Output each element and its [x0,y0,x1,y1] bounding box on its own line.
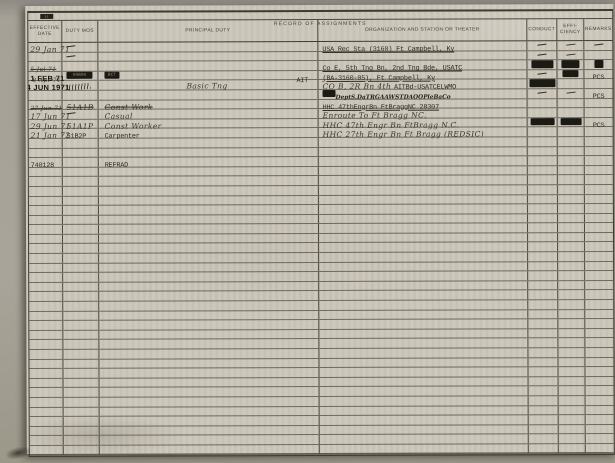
cell-duty-mos [64,388,100,397]
cell-conduct [528,137,558,146]
cell-effective-date [29,91,63,100]
cell-efficiency [557,79,584,88]
cell-organization: DeptS.DaTRGAAWSTDAOOPleBaCo [319,89,528,98]
cell-effective-date [29,302,63,311]
cell-principal-duty [100,407,320,416]
cell-conduct [528,175,558,184]
cell-organization [320,435,529,444]
cell-remarks [586,444,614,453]
form-title: RECORD OF ASSIGNMENTS [274,21,367,27]
cell-remarks [584,41,612,50]
cell-conduct [528,271,558,280]
cell-duty-mos [63,187,99,196]
cell-duty-mos [64,398,100,407]
cell-efficiency [559,434,586,443]
cell-organization [320,406,529,415]
cell-organization [320,387,529,396]
dash-mark [66,46,75,48]
cell-conduct [528,348,558,357]
cell-duty-mos: 51A1B [63,100,99,109]
cell-effective-date [30,379,64,388]
cell-principal-duty [100,426,320,435]
cell-efficiency [558,262,585,271]
cell-principal-duty [99,215,319,224]
redaction-block [594,60,603,68]
cell-organization [319,214,528,223]
cell-principal-duty: Const Work [99,100,319,109]
cell-efficiency [558,89,585,98]
cell-effective-date: 21 Jan 72 [29,129,63,138]
cell-conduct [528,156,558,165]
cell-principal-duty [99,301,319,310]
cell-conduct [529,444,559,453]
cell-organization [319,348,528,357]
cell-organization: Co E, 5th Tng Bn, 2nd Tng Bde, USATC [318,60,527,69]
cell-efficiency [558,291,585,300]
cell-efficiency [558,252,585,261]
cell-efficiency [558,348,585,357]
cell-conduct [528,128,558,137]
cell-principal-duty [98,42,318,51]
cell-remarks [585,358,613,367]
cell-organization [319,281,528,290]
dash-mark [537,92,546,94]
cell-principal-duty [99,291,319,300]
cell-conduct [529,406,559,415]
cell-efficiency [558,195,585,204]
cell-conduct [528,252,558,261]
assignments-table: II RECORD OF ASSIGNMENTS EFFECTIVE DATE … [27,9,615,457]
cell-principal-duty [99,167,319,176]
cell-conduct [528,339,558,348]
cell-duty-mos [62,43,98,52]
cell-duty-mos [63,359,99,368]
cell-effective-date [29,369,63,378]
cell-remarks [585,185,613,194]
cell-remarks [585,214,613,223]
cell-conduct [529,396,559,405]
cell-efficiency [557,41,584,50]
cell-conduct [528,300,558,309]
cell-effective-date [29,187,63,196]
cell-effective-date [29,177,63,186]
cell-effective-date [30,407,64,416]
cell-principal-duty: BCT [98,71,318,80]
cell-organization [319,339,528,348]
cell-effective-date [29,148,63,157]
cell-duty-mos [64,446,100,455]
cell-principal-duty [99,368,319,377]
cell-effective-date: 27 Jun 71 [29,100,63,109]
cell-duty-mos [63,350,99,359]
cell-organization [319,166,528,175]
cell-principal-duty: REFRAD [99,157,319,166]
cell-effective-date [29,340,63,349]
cell-organization [320,396,529,405]
cell-organization [319,204,528,213]
cell-conduct [527,51,557,60]
cell-organization [319,195,528,204]
cell-conduct [529,415,559,424]
cell-principal-duty [98,61,318,70]
cell-duty-mos [63,215,99,224]
redaction-block [530,118,554,126]
dash-mark [537,73,546,75]
cell-effective-date: 740128 [29,158,63,167]
cell-remarks [585,175,613,184]
cell-remarks [585,194,613,203]
cell-duty-mos [64,417,100,426]
cell-effective-date: 8 Apr 714 JUN 1971 [28,81,62,90]
cell-conduct [528,223,558,232]
cell-remarks: PCS [584,70,612,79]
cell-remarks [585,223,613,232]
cell-effective-date [29,244,63,253]
cell-principal-duty [99,186,319,195]
redaction-block [323,90,336,98]
cell-remarks [585,281,613,290]
col-header-effective-date: EFFECTIVE DATE [28,21,62,42]
cell-duty-mos: 09B00 [62,72,98,81]
cell-organization [319,262,528,271]
cell-efficiency [558,214,585,223]
cell-organization [319,329,528,338]
cell-duty-mos [63,235,99,244]
cell-remarks [585,300,613,309]
cell-principal-duty [99,176,319,185]
cell-duty-mos [63,206,99,215]
cell-effective-date [29,139,63,148]
cell-conduct [528,89,558,98]
cell-conduct [528,195,558,204]
cell-conduct [528,204,558,213]
cell-organization: (BA-3160-05), Ft Campbell, Ky [318,70,527,79]
cell-principal-duty [99,138,319,147]
cell-principal-duty [100,387,320,396]
cell-organization [319,310,528,319]
cell-principal-duty [100,435,320,444]
cell-efficiency [559,415,586,424]
cell-remarks [585,329,613,338]
cell-conduct [528,118,558,127]
cell-conduct [527,41,557,50]
cell-remarks [585,252,613,261]
redaction-block [562,70,578,78]
cell-remarks [585,204,613,213]
cell-remarks [586,406,614,415]
scribble-mark [66,82,90,90]
cell-duty-mos [63,254,99,263]
dash-mark [566,92,575,94]
cell-organization: CO B, 2R Bn 4th AITBd-USATCELWMO [318,80,527,89]
dash-mark [594,44,603,46]
cell-conduct [528,185,558,194]
cell-duty-mos [63,292,99,301]
cell-remarks [585,156,613,165]
cell-efficiency [558,118,585,127]
cell-organization [319,137,528,146]
cell-effective-date: 29 Jun 71 [29,120,63,129]
cell-remarks [585,310,613,319]
cell-duty-mos [63,110,99,119]
cell-efficiency [558,223,585,232]
typed-entry: AIT [296,77,308,86]
cell-efficiency [558,204,585,213]
cell-remarks [585,348,613,357]
cell-efficiency [558,127,585,136]
cell-duty-mos [62,62,98,71]
cell-conduct [529,435,559,444]
cell-remarks [585,127,613,136]
cell-efficiency [559,406,586,415]
cell-efficiency [557,70,584,79]
cell-remarks [584,60,612,69]
cell-effective-date [29,283,63,292]
cell-remarks [585,262,613,271]
cell-efficiency [559,377,586,386]
cell-principal-duty [99,90,319,99]
cell-organization [319,176,528,185]
cell-conduct [528,367,558,376]
cell-efficiency [559,444,586,453]
cell-duty-mos: 51A1P [63,120,99,129]
dash-mark [66,55,75,57]
cell-organization [320,377,529,386]
cell-effective-date [29,206,63,215]
cell-efficiency [558,300,585,309]
redaction-block [531,60,553,68]
cell-effective-date [30,427,64,436]
cell-efficiency [558,185,585,194]
cell-conduct [528,310,558,319]
cell-duty-mos [63,139,99,148]
cell-remarks: PCS [585,118,613,127]
cell-efficiency [558,108,585,117]
table-body: 29 Jan 71USA Rec Sta (3160) Ft Campbell,… [28,41,613,456]
cell-effective-date: 5 Jul 71 [28,62,62,71]
cell-remarks [585,99,613,108]
cell-principal-duty [99,205,319,214]
cell-effective-date [30,398,64,407]
cell-duty-mos [63,196,99,205]
cell-organization: Enroute To Ft Bragg NC. [319,108,528,117]
cell-remarks [585,137,613,146]
cell-conduct [528,319,558,328]
cell-principal-duty [100,416,320,425]
dash-mark [537,44,546,46]
cell-principal-duty [100,397,320,406]
cell-duty-mos [64,436,100,445]
col-header-conduct: CONDUCT [527,19,557,40]
cell-conduct [528,147,558,156]
cell-organization: USA Rec Sta (3160) Ft Campbell, Ky [318,41,527,50]
cell-organization [319,319,528,328]
cell-principal-duty [98,52,318,61]
cell-conduct [528,281,558,290]
cell-efficiency [558,233,585,242]
cell-principal-duty [99,234,319,243]
cell-effective-date [29,350,63,359]
cell-efficiency [558,329,585,338]
cell-conduct [528,233,558,242]
cell-organization: HHC 47th Engr Bn FtBragg N.C. [319,118,528,127]
col-header-efficiency: EFFI- CIENCY [557,19,584,40]
cell-remarks [585,166,613,175]
cell-principal-duty: Casual [99,109,319,118]
cell-remarks [586,415,614,424]
cell-organization [318,51,527,60]
cell-conduct [529,377,559,386]
cell-efficiency [558,175,585,184]
cell-organization [320,415,529,424]
cell-remarks [585,271,613,280]
cell-organization [319,291,528,300]
cell-principal-duty [99,224,319,233]
cell-effective-date [29,168,63,177]
cell-effective-date [28,52,62,61]
col-header-remarks: REMARKS [584,19,612,40]
cell-duty-mos [62,81,98,90]
cell-principal-duty: Carpenter [99,128,319,137]
cell-efficiency [558,367,585,376]
cell-remarks [586,425,614,434]
cell-principal-duty [99,253,319,262]
cell-principal-duty [99,349,319,358]
cell-efficiency [558,319,585,328]
cell-principal-duty [99,320,319,329]
cell-remarks [585,290,613,299]
cell-effective-date [30,388,64,397]
cell-efficiency [559,425,586,434]
cell-efficiency [559,396,586,405]
cell-principal-duty [99,311,319,320]
cell-duty-mos [63,225,99,234]
cell-duty-mos [63,91,99,100]
cell-remarks [586,377,614,386]
redaction-block [529,80,555,88]
cell-remarks: PCS [585,89,613,98]
redaction-block: BCT [104,71,119,79]
cell-conduct [528,262,558,271]
cell-efficiency [558,137,585,146]
cell-duty-mos [63,148,99,157]
cell-principal-duty [99,263,319,272]
cell-effective-date [29,321,63,330]
cell-conduct [528,166,558,175]
cell-principal-duty [99,196,319,205]
cell-duty-mos [63,340,99,349]
cell-duty-mos [62,52,98,61]
cell-duty-mos [63,283,99,292]
cell-remarks [585,147,613,156]
cell-effective-date [29,312,63,321]
cell-organization [319,185,528,194]
cell-conduct [528,291,558,300]
cell-conduct [528,243,558,252]
cell-principal-duty [99,148,319,157]
cell-organization [320,444,529,453]
dash-mark [566,44,575,46]
cell-principal-duty [99,330,319,339]
cell-remarks [586,396,614,405]
cell-efficiency [557,60,584,69]
cell-duty-mos [63,302,99,311]
cell-remarks [586,434,614,443]
cell-efficiency [558,243,585,252]
cell-organization: HHC 27th Engr Bn Ft Bragg (REDSIC) [319,128,528,137]
cell-duty-mos [64,427,100,436]
cell-efficiency [559,386,586,395]
cell-effective-date: 29 Jan 71 [28,43,62,52]
cell-organization [319,243,528,252]
cell-effective-date [29,331,63,340]
cell-principal-duty [99,272,319,281]
cell-organization [319,367,528,376]
page-corner-fold [5,441,37,461]
cell-conduct [527,60,557,69]
cell-effective-date: 17 Jun 71 [29,110,63,119]
cell-organization [319,358,528,367]
redaction-block [561,60,579,68]
cell-effective-date [29,292,63,301]
cell-effective-date [29,264,63,273]
cell-conduct [527,80,557,89]
cell-efficiency [557,51,584,60]
cell-effective-date [29,359,63,368]
cell-organization [319,156,528,165]
cell-effective-date [29,273,63,282]
dash-mark [537,54,546,56]
cell-conduct [529,425,559,434]
cell-conduct [527,70,557,79]
cell-duty-mos [63,177,99,186]
cell-duty-mos [63,331,99,340]
table-row [30,444,614,456]
cell-principal-duty [99,339,319,348]
cell-organization [319,224,528,233]
cell-remarks [586,386,614,395]
cell-efficiency [558,99,585,108]
cell-duty-mos [63,369,99,378]
cell-organization [319,147,528,156]
cell-conduct [528,99,558,108]
cell-principal-duty [100,378,320,387]
cell-remarks [585,338,613,347]
scanned-document: II RECORD OF ASSIGNMENTS EFFECTIVE DATE … [0,0,615,463]
cell-conduct [528,358,558,367]
redaction-block: 09B00 [66,72,92,80]
cell-remarks [585,319,613,328]
cell-organization [320,425,529,434]
cell-efficiency [558,358,585,367]
cell-duty-mos [64,407,100,416]
cell-duty-mos [63,158,99,167]
cell-efficiency [558,147,585,156]
cell-remarks [585,108,613,117]
cell-remarks [585,367,613,376]
cell-conduct [528,108,558,117]
cell-effective-date [29,254,63,263]
cell-efficiency [558,281,585,290]
redaction-block [560,118,581,126]
cell-organization [319,272,528,281]
cell-effective-date [29,196,63,205]
cell-duty-mos [63,167,99,176]
cell-organization [319,233,528,242]
cell-remarks [585,242,613,251]
cell-conduct [528,214,558,223]
dash-mark [566,53,575,55]
